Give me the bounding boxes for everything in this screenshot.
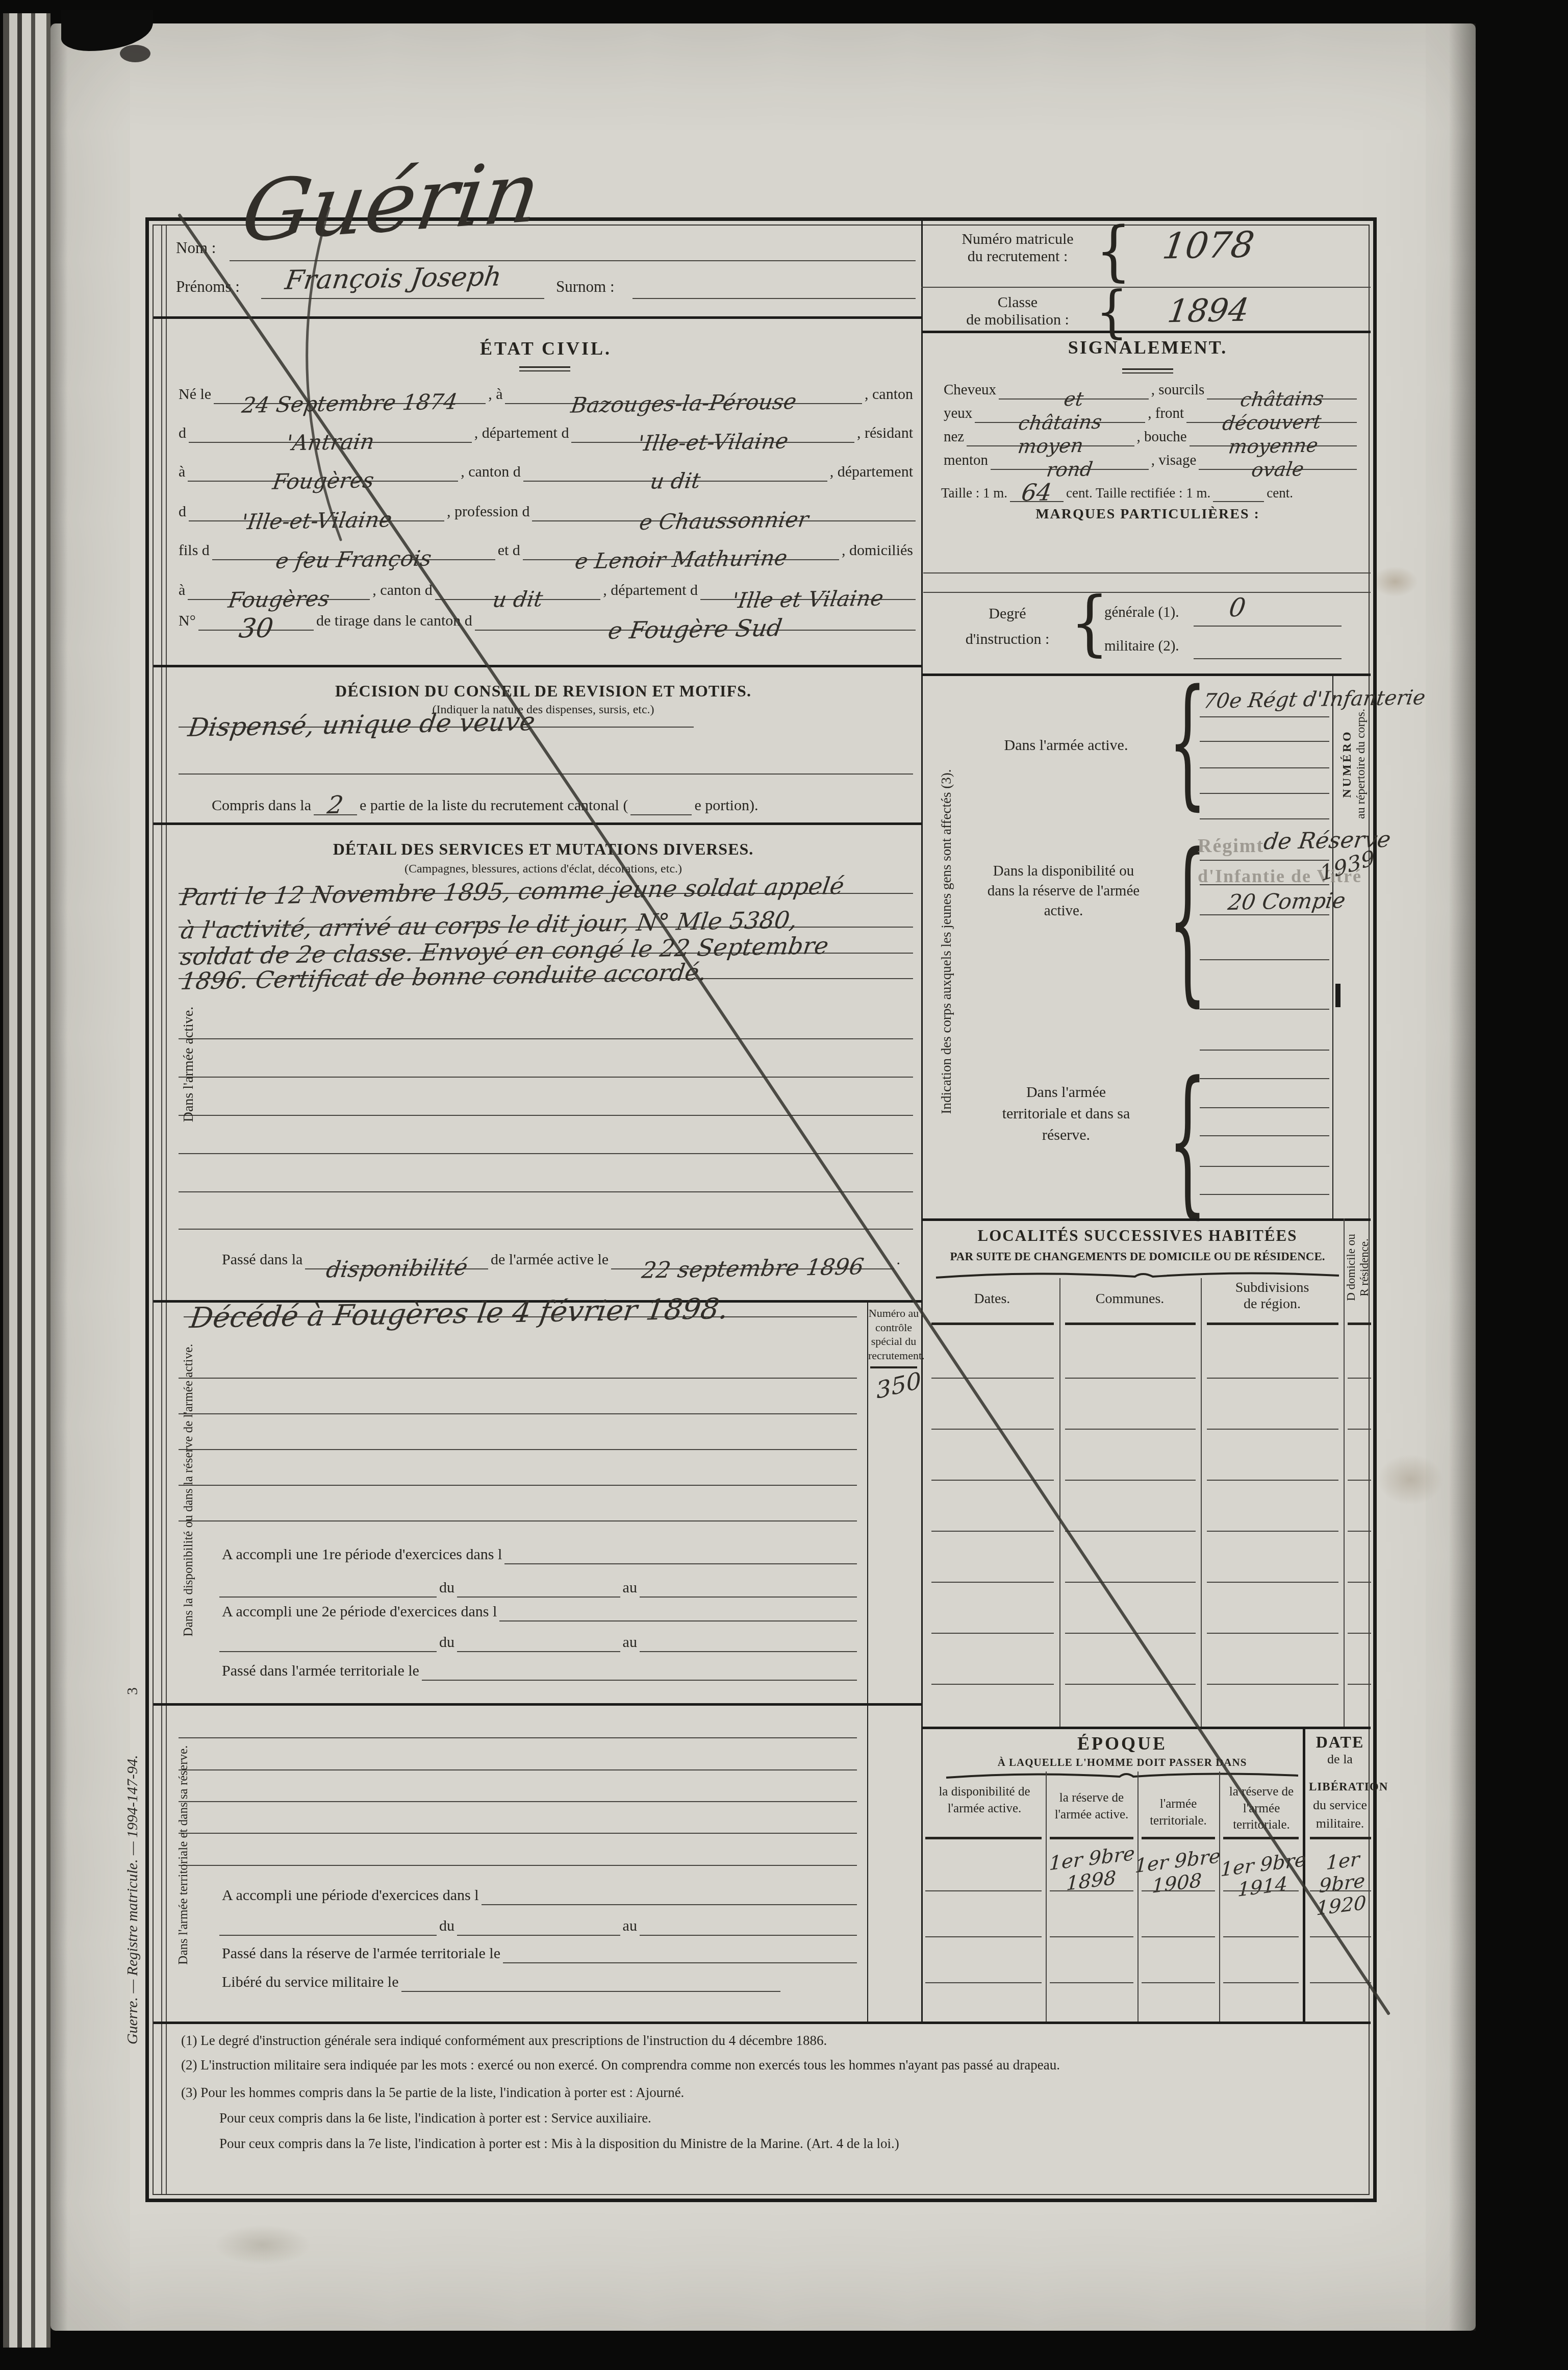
crossout-diagonal-stroke <box>180 215 1388 2013</box>
pen-strokes-overlay <box>0 0 1568 2370</box>
signature-flourish-stroke <box>307 208 341 540</box>
scanned-photo: { "page": { "spine_text": "Guerre. — Reg… <box>0 0 1568 2370</box>
